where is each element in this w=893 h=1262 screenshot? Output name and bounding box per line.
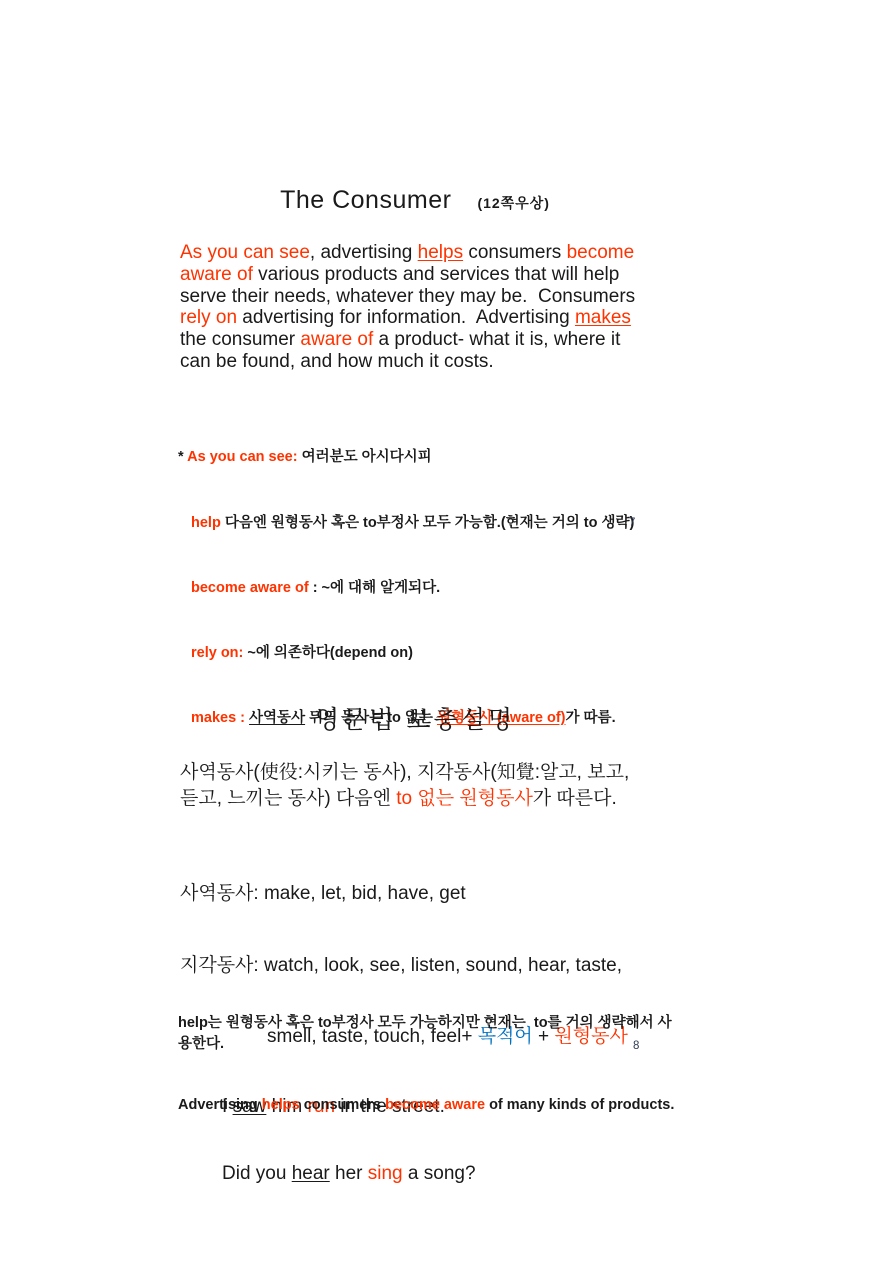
line-example-hear: Did you hear her sing a song? (180, 1162, 670, 1185)
note-line-become-aware-of: become aware of : ~에 대해 알게되다. (178, 578, 668, 600)
slide2-title: 영문법 보충설명 (170, 700, 660, 736)
slide1-title: The Consumer (280, 186, 451, 215)
slide2-footnotes: help는 원형동사 혹은 to부정사 모두 가능하지만 현재는 to를 거의 … (178, 972, 678, 1157)
page-number-8: 8 (633, 1040, 639, 1052)
document-page: The Consumer (12쪽우상) As you can see, adv… (0, 0, 893, 1262)
page-number-7: 7 (629, 517, 635, 529)
note-line-help: help 다음엔 원형동사 혹은 to부정사 모두 가능함.(현재는 거의 to… (178, 513, 668, 535)
slide1-paragraph: As you can see, advertising helps consum… (180, 242, 642, 373)
line-causative-verbs: 사역동사: make, let, bid, have, get (180, 880, 670, 908)
note-line-rely-on: rely on: ~에 의존하다(depend on) (178, 643, 668, 665)
slide1-title-note: (12쪽우상) (477, 193, 549, 213)
note-line-as-you-can-see: * As you can see: 여러분도 아시다시피 (178, 447, 668, 469)
slide2-intro-paragraph: 사역동사(使役:시키는 동사), 지각동사(知覺:알고, 보고, 듣고, 느끼는… (180, 760, 648, 811)
footnote-advertising: Advertising helps consumers become aware… (178, 1095, 678, 1116)
footnote-help: help는 원형동사 혹은 to부정사 모두 가능하지만 현재는 to를 거의 … (178, 1013, 678, 1054)
slide1-title-row: The Consumer (12쪽우상) (170, 186, 660, 215)
